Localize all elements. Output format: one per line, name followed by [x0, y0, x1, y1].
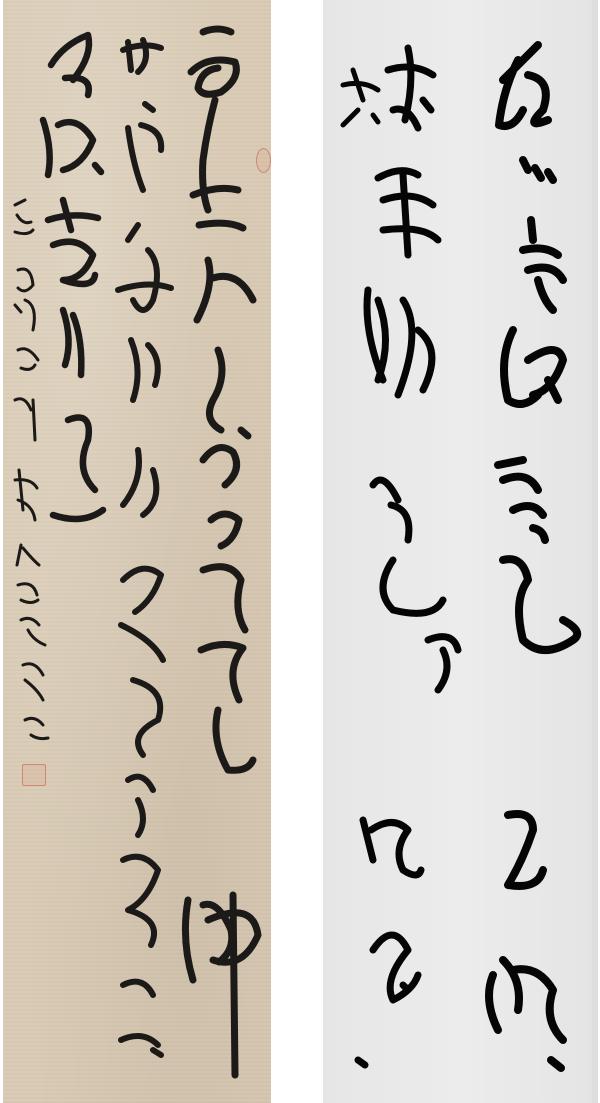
- red-seal-upper: [256, 148, 271, 173]
- right-calligraphy-scroll: [323, 0, 598, 1103]
- right-scroll-brushwork: [323, 0, 598, 1103]
- left-calligraphy-scroll: 李白詩 清平調 春人 玉樹 書: [3, 0, 271, 1103]
- left-scroll-brushwork: [3, 0, 271, 1103]
- red-seal-lower: [22, 764, 46, 786]
